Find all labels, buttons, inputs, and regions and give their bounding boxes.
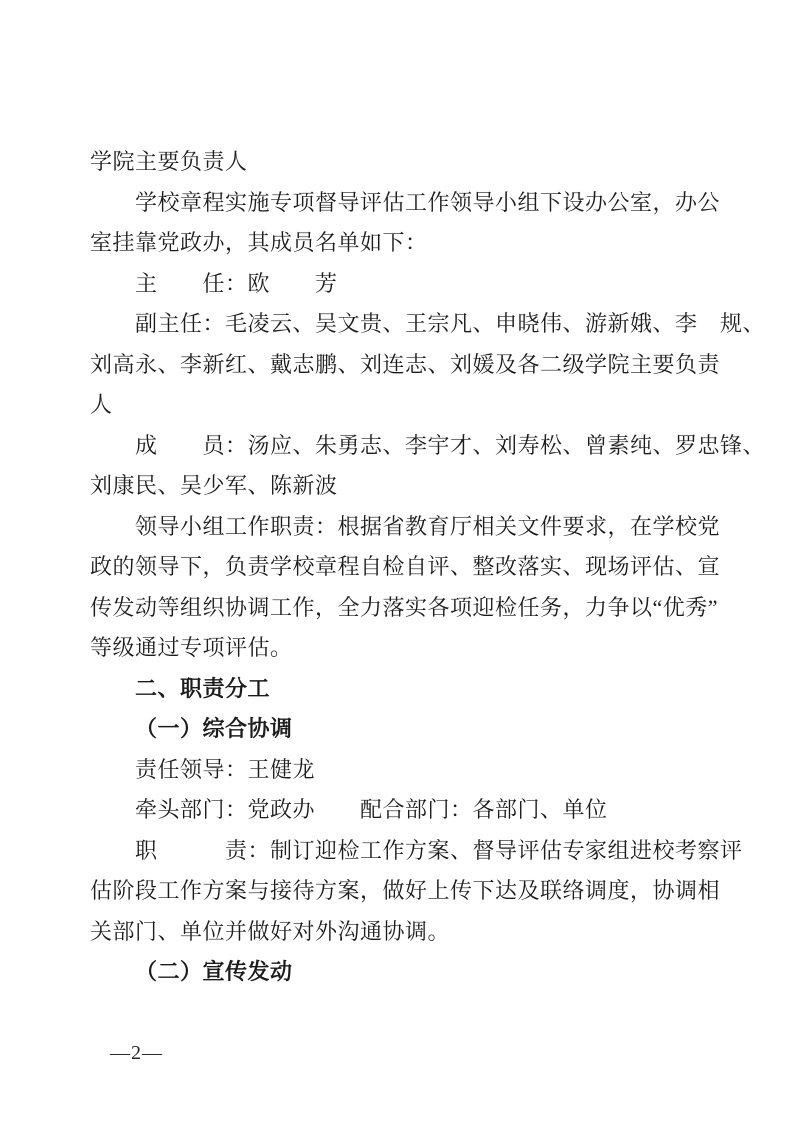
line-responsibility-2: 估阶段工作方案与接待方案，做好上传下达及联络调度，协调相 — [90, 871, 710, 912]
line-responsible-leader: 责任领导：王健龙 — [90, 750, 710, 791]
line-members: 成 员：汤应、朱勇志、李宇才、刘寿松、曾素纯、罗忠锋、 — [90, 426, 710, 467]
line-director: 主 任：欧 芳 — [90, 264, 710, 305]
document-body: 学院主要负责人 学校章程实施专项督导评估工作领导小组下设办公室，办公 室挂靠党政… — [90, 142, 710, 993]
line-deputy-directors: 副主任：毛凌云、吴文贵、王宗凡、申晓伟、游新娥、李 规、 — [90, 304, 710, 345]
paragraph-line-duties-3: 传发动等组织协调工作，全力落实各项迎检任务，力争以“优秀” — [90, 588, 710, 629]
line-responsibility-3: 关部门、单位并做好对外沟通协调。 — [90, 912, 710, 953]
paragraph-line-office-members: 室挂靠党政办，其成员名单如下： — [90, 223, 710, 264]
line-deputy-directors-cont: 刘高永、李新红、戴志鹏、刘连志、刘媛及各二级学院主要负责 — [90, 345, 710, 386]
page-number: —2— — [110, 1040, 163, 1066]
paragraph-line-responsible-person: 学院主要负责人 — [90, 142, 710, 183]
line-lead-department: 牵头部门：党政办 配合部门：各部门、单位 — [90, 790, 710, 831]
subsection-heading-publicity: （二）宣传发动 — [90, 952, 710, 993]
section-heading-duty-division: 二、职责分工 — [90, 669, 710, 710]
document-page: 学院主要负责人 学校章程实施专项督导评估工作领导小组下设办公室，办公 室挂靠党政… — [0, 0, 793, 1122]
subsection-heading-coordination: （一）综合协调 — [90, 709, 710, 750]
paragraph-line-office-setup: 学校章程实施专项督导评估工作领导小组下设办公室，办公 — [90, 183, 710, 224]
paragraph-line-duties-1: 领导小组工作职责：根据省教育厅相关文件要求，在学校党 — [90, 507, 710, 548]
line-deputy-directors-end: 人 — [90, 385, 710, 426]
paragraph-line-duties-2: 政的领导下，负责学校章程自检自评、整改落实、现场评估、宣 — [90, 547, 710, 588]
paragraph-line-duties-4: 等级通过专项评估。 — [90, 628, 710, 669]
line-responsibility-1: 职 责：制订迎检工作方案、督导评估专家组进校考察评 — [90, 831, 710, 872]
line-members-cont: 刘康民、吴少军、陈新波 — [90, 466, 710, 507]
